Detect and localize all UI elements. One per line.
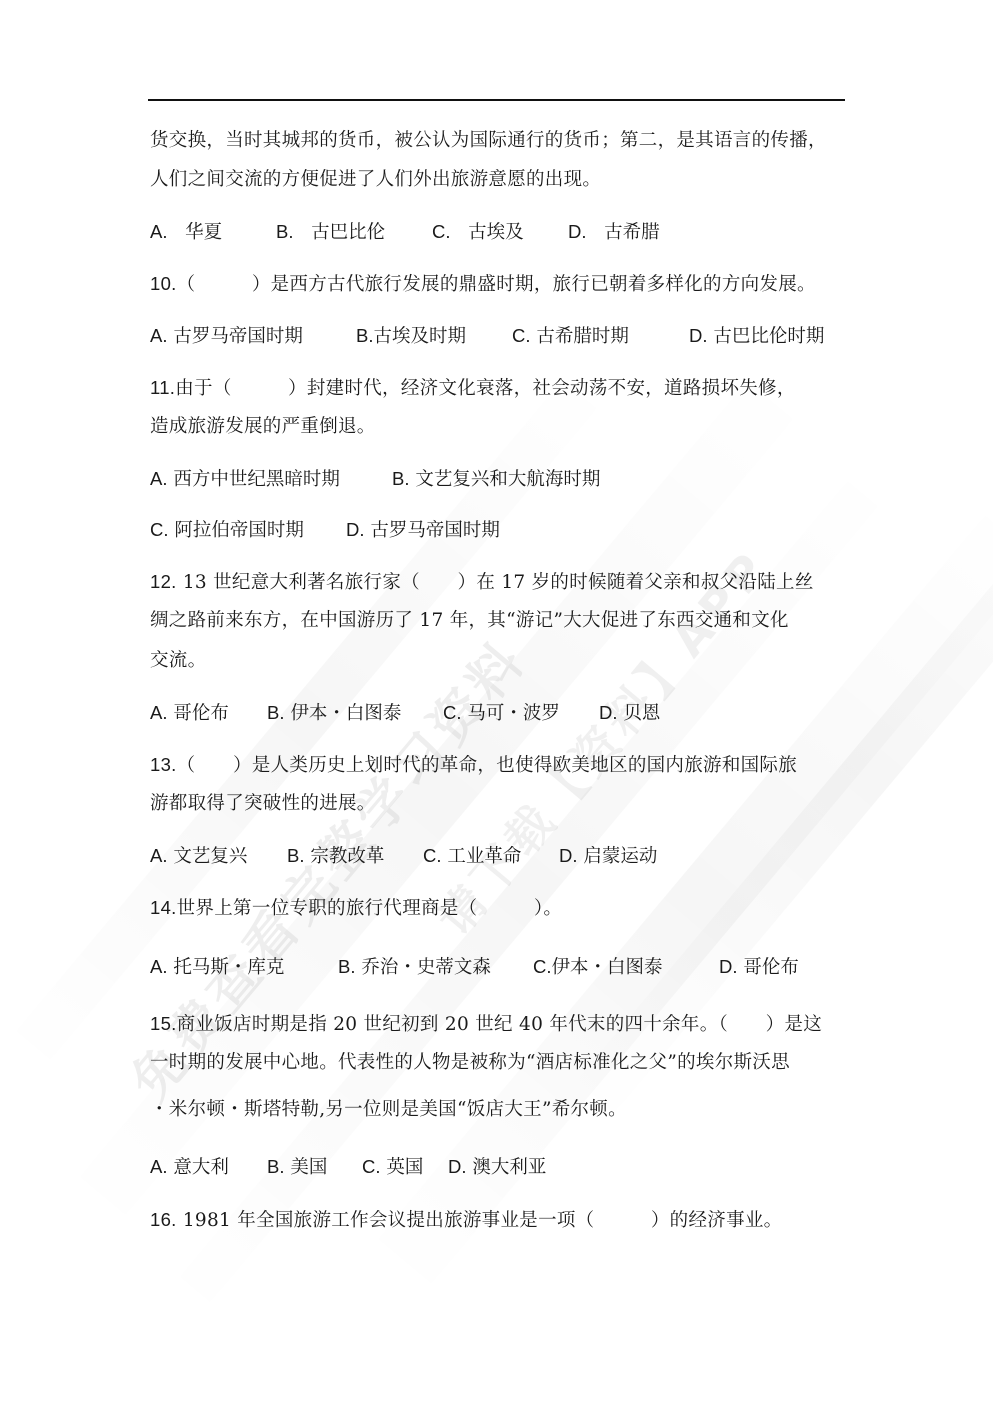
option-a: A. 文艺复兴 [150, 843, 247, 870]
option-d: D. 贝恩 [599, 700, 660, 727]
option-b: B.古埃及时期 [356, 323, 466, 350]
option-c: C.伊本・白图泰 [533, 954, 663, 981]
option-c: C. 工业革命 [423, 843, 521, 870]
option-a: A. 华夏 [150, 219, 222, 246]
option-d: D. 哥伦布 [719, 954, 799, 981]
option-b: B. 伊本・白图泰 [267, 700, 401, 727]
option-c: C. 阿拉伯帝国时期 [150, 517, 304, 544]
option-d: D. 古希腊 [568, 219, 660, 246]
option-a: A. 西方中世纪黑暗时期 [150, 466, 340, 493]
option-a: A. 意大利 [150, 1154, 229, 1181]
question-13-line-2: 游都取得了突破性的进展。 [150, 791, 376, 817]
question-14: 14.世界上第一位专职的旅行代理商是（ ）。 [150, 895, 562, 922]
option-a: A. 古罗马帝国时期 [150, 323, 303, 350]
question-number: 16. [150, 1209, 177, 1230]
question-number: 15. [150, 1013, 177, 1034]
option-b: B. 美国 [267, 1154, 327, 1181]
question-12-line-2: 绸之路前来东方，在中国游历了 17 年，其“游记”大大促进了东西交通和文化 [150, 608, 789, 634]
option-b: B. 文艺复兴和大航海时期 [392, 466, 600, 493]
option-c: C. 古埃及 [432, 219, 524, 246]
question-number: 10. [150, 273, 177, 294]
question-number: 14. [150, 897, 177, 918]
question-number: 11. [150, 377, 175, 398]
option-c: C. 古希腊时期 [512, 323, 629, 350]
question-15: 15.商业饭店时期是指 20 世纪初到 20 世纪 40 年代末的四十余年。（ … [150, 1011, 822, 1038]
question-11-line-2: 造成旅游发展的严重倒退。 [150, 414, 376, 440]
question-number: 12. [150, 571, 177, 592]
option-a: A. 哥伦布 [150, 700, 229, 727]
question-11: 11.由于（ ）封建时代，经济文化衰落，社会动荡不安，道路损坏失修， [150, 375, 796, 402]
question-12-line-3: 交流。 [150, 648, 206, 674]
option-b: B. 乔治・史蒂文森 [338, 954, 491, 981]
question-15-line-3: ・米尔顿・斯塔特勒,另一位则是美国“饭店大王”希尔顿。 [150, 1097, 627, 1123]
continuation-line-1: 货交换，当时其城邦的货币，被公认为国际通行的货币；第二，是其语言的传播， [150, 128, 827, 154]
question-16: 16. 1981 年全国旅游工作会议提出旅游事业是一项（ ）的经济事业。 [150, 1207, 782, 1234]
continuation-line-2: 人们之间交流的方便促进了人们外出旅游意愿的出现。 [150, 167, 601, 193]
question-13: 13.（ ）是人类历史上划时代的革命，也使得欧美地区的国内旅游和国际旅 [150, 752, 797, 779]
option-d: D. 启蒙运动 [559, 843, 657, 870]
option-d: D. 古巴比伦时期 [689, 323, 824, 350]
option-c: C. 英国 [362, 1154, 423, 1181]
question-10: 10.（ ）是西方古代旅行发展的鼎盛时期，旅行已朝着多样化的方向发展。 [150, 271, 816, 298]
option-c: C. 马可・波罗 [443, 700, 560, 727]
question-number: 13. [150, 754, 177, 775]
option-b: B. 宗教改革 [287, 843, 384, 870]
header-rule [148, 99, 845, 101]
option-a: A. 托马斯・库克 [150, 954, 284, 981]
question-12: 12. 13 世纪意大利著名旅行家（ ）在 17 岁的时候随着父亲和叔父沿陆上丝 [150, 569, 814, 596]
option-b: B. 古巴比伦 [276, 219, 385, 246]
option-d: D. 澳大利亚 [448, 1154, 546, 1181]
option-d: D. 古罗马帝国时期 [346, 517, 500, 544]
question-15-line-2: 一时期的发展中心地。代表性的人物是被称为“酒店标准化之父”的埃尔斯沃思 [150, 1050, 790, 1076]
